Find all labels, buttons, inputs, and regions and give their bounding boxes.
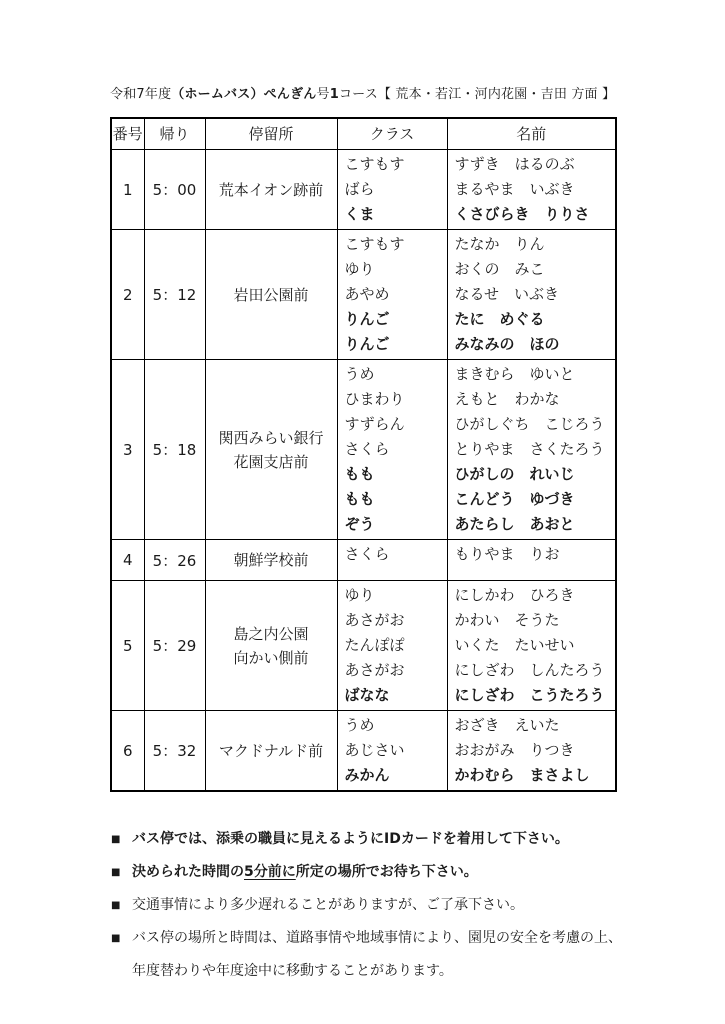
name-cell: すずき はるのぶまるやま いぶきくさびらき りりさ — [447, 150, 616, 230]
header-return-time: 帰り — [144, 118, 205, 150]
table-row: 25：12岩田公園前こすもすゆりあやめりんごりんごたなか りんおくの みこなるせ… — [111, 230, 616, 360]
class-cell: ゆりあさがおたんぽぽあさがおばなな — [337, 581, 447, 711]
bullet-icon: ■ — [111, 823, 132, 856]
student-name: おおがみ りつき — [455, 738, 616, 763]
bus-schedule-table: 番号 帰り 停留所 クラス 名前 15：00荒本イオン跡前こすもすばらくますずき… — [110, 117, 617, 792]
class-entry: こすもす — [345, 152, 447, 177]
class-entry: ばなな — [345, 683, 447, 708]
class-cell: こすもすばらくま — [337, 150, 447, 230]
header-class: クラス — [337, 118, 447, 150]
note-line: ■決められた時間の5分前に所定の場所でお待ち下さい。 — [111, 856, 615, 889]
bus-stop-name: 朝鮮学校前 — [206, 548, 337, 572]
return-time-cell: 5：12 — [144, 230, 205, 360]
note-item: ■決められた時間の5分前に所定の場所でお待ち下さい。 — [111, 856, 615, 889]
title-segment: （ホームバス）ぺんぎん — [171, 87, 316, 102]
table-row: 35：18関西みらい銀行花園支店前うめひまわりすずらんさくらももももぞうまきむら… — [111, 360, 616, 540]
name-cell: にしかわ ひろきかわい そうたいくた たいせいにしざわ しんたろうにしざわ こう… — [447, 581, 616, 711]
row-number-cell: 3 — [111, 360, 144, 540]
bus-stop-cell: 島之内公園向かい側前 — [205, 581, 337, 711]
bullet-icon: ■ — [111, 889, 132, 922]
class-entry: あさがお — [345, 608, 447, 633]
class-cell: さくら — [337, 540, 447, 581]
class-entry: ゆり — [345, 583, 447, 608]
bus-stop-cell: 朝鮮学校前 — [205, 540, 337, 581]
name-cell: おざき えいたおおがみ りつきかわむら まさよし — [447, 711, 616, 792]
note-line: ■バス停の場所と時間は、道路事情や地域事情により、園児の安全を考慮の上、 — [111, 922, 615, 955]
bus-stop-name: 島之内公園 — [206, 622, 337, 646]
note-line: ■交通事情により多少遅れることがありますが、ご了承下さい。 — [111, 889, 615, 922]
student-name: みなみの ほの — [455, 332, 616, 357]
class-entry: くま — [345, 202, 447, 227]
class-entry: ばら — [345, 177, 447, 202]
bullet-icon: ■ — [111, 922, 132, 955]
class-cell: うめひまわりすずらんさくらももももぞう — [337, 360, 447, 540]
table-row: 55：29島之内公園向かい側前ゆりあさがおたんぽぽあさがおばななにしかわ ひろき… — [111, 581, 616, 711]
student-name: もりやま りお — [455, 542, 616, 567]
row-number-cell: 6 — [111, 711, 144, 792]
class-entry: あやめ — [345, 282, 447, 307]
bullet-icon: ■ — [111, 856, 132, 889]
student-name: えもと わかな — [455, 387, 616, 412]
class-entry: りんご — [345, 307, 447, 332]
class-entry: たんぽぽ — [345, 633, 447, 658]
row-number-cell: 2 — [111, 230, 144, 360]
student-name: こんどう ゆづき — [455, 487, 616, 512]
class-entry: りんご — [345, 332, 447, 357]
return-time-cell: 5：18 — [144, 360, 205, 540]
bus-stop-cell: マクドナルド前 — [205, 711, 337, 792]
class-entry: すずらん — [345, 412, 447, 437]
title-segment: コース【 荒本・若江・河内花園・吉田 方面 】 — [339, 87, 615, 102]
header-bus-stop: 停留所 — [205, 118, 337, 150]
note-text: 決められた時間の — [132, 864, 244, 880]
notes-list: ■バス停では、添乗の職員に見えるようにIDカードを着用して下さい。■決められた時… — [110, 823, 615, 988]
class-entry: ぞう — [345, 512, 447, 537]
note-line: 年度替わりや年度途中に移動することがあります。 — [111, 955, 615, 988]
note-text: 年度替わりや年度途中に移動することがあります。 — [132, 963, 453, 979]
title-segment: 号 — [316, 87, 329, 102]
table-row: 15：00荒本イオン跡前こすもすばらくますずき はるのぶまるやま いぶきくさびら… — [111, 150, 616, 230]
class-cell: うめあじさいみかん — [337, 711, 447, 792]
table-body: 15：00荒本イオン跡前こすもすばらくますずき はるのぶまるやま いぶきくさびら… — [111, 150, 616, 792]
student-name: たに めぐる — [455, 307, 616, 332]
header-number: 番号 — [111, 118, 144, 150]
return-time-cell: 5：32 — [144, 711, 205, 792]
table-row: 45：26朝鮮学校前さくらもりやま りお — [111, 540, 616, 581]
class-entry: もも — [345, 487, 447, 512]
student-name: まきむら ゆいと — [455, 362, 616, 387]
bus-stop-cell: 荒本イオン跡前 — [205, 150, 337, 230]
student-name: くさびらき りりさ — [455, 202, 616, 227]
row-number-cell: 4 — [111, 540, 144, 581]
class-entry: みかん — [345, 763, 447, 788]
note-text: バス停の場所と時間は、道路事情や地域事情により、園児の安全を考慮の上、 — [132, 930, 622, 946]
student-name: ひがしの れいじ — [455, 462, 616, 487]
student-name: なるせ いぶき — [455, 282, 616, 307]
bus-stop-name: 岩田公園前 — [206, 283, 337, 307]
student-name: たなか りん — [455, 232, 616, 257]
class-entry: ひまわり — [345, 387, 447, 412]
note-item: ■バス停では、添乗の職員に見えるようにIDカードを着用して下さい。 — [111, 823, 615, 856]
name-cell: まきむら ゆいとえもと わかなひがしぐち こじろうとりやま さくたろうひがしの … — [447, 360, 616, 540]
table-row: 65：32マクドナルド前うめあじさいみかんおざき えいたおおがみ りつきかわむら… — [111, 711, 616, 792]
return-time-cell: 5：29 — [144, 581, 205, 711]
class-entry: さくら — [345, 542, 447, 567]
student-name: すずき はるのぶ — [455, 152, 616, 177]
row-number-cell: 5 — [111, 581, 144, 711]
title-segment: 1 — [330, 87, 339, 102]
return-time-cell: 5：26 — [144, 540, 205, 581]
class-entry: もも — [345, 462, 447, 487]
student-name: にしざわ しんたろう — [455, 658, 616, 683]
return-time-cell: 5：00 — [144, 150, 205, 230]
class-entry: ゆり — [345, 257, 447, 282]
student-name: おくの みこ — [455, 257, 616, 282]
class-cell: こすもすゆりあやめりんごりんご — [337, 230, 447, 360]
bus-stop-name: マクドナルド前 — [206, 739, 337, 763]
document-page: 令和7年度（ホームバス）ぺんぎん号1コース【 荒本・若江・河内花園・吉田 方面 … — [0, 0, 725, 1024]
name-cell: たなか りんおくの みこなるせ いぶきたに めぐるみなみの ほの — [447, 230, 616, 360]
class-entry: あさがお — [345, 658, 447, 683]
table-header-row: 番号 帰り 停留所 クラス 名前 — [111, 118, 616, 150]
student-name: にしかわ ひろき — [455, 583, 616, 608]
bus-stop-name: 荒本イオン跡前 — [206, 178, 337, 202]
student-name: いくた たいせい — [455, 633, 616, 658]
title-segment: 令和7年度 — [110, 87, 171, 102]
bus-stop-name: 向かい側前 — [206, 646, 337, 670]
header-name: 名前 — [447, 118, 616, 150]
note-text: バス停では、添乗の職員に見えるようにIDカードを着用して下さい。 — [132, 831, 569, 847]
class-entry: うめ — [345, 713, 447, 738]
student-name: まるやま いぶき — [455, 177, 616, 202]
bus-stop-name: 花園支店前 — [206, 450, 337, 474]
note-text: 所定の場所でお待ち下さい。 — [296, 864, 478, 880]
note-line: ■バス停では、添乗の職員に見えるようにIDカードを着用して下さい。 — [111, 823, 615, 856]
student-name: かわい そうた — [455, 608, 616, 633]
student-name: ひがしぐち こじろう — [455, 412, 616, 437]
note-item: ■バス停の場所と時間は、道路事情や地域事情により、園児の安全を考慮の上、年度替わ… — [111, 922, 615, 988]
class-entry: あじさい — [345, 738, 447, 763]
student-name: とりやま さくたろう — [455, 437, 616, 462]
student-name: おざき えいた — [455, 713, 616, 738]
bus-stop-cell: 関西みらい銀行花園支店前 — [205, 360, 337, 540]
note-text: 交通事情により多少遅れることがありますが、ご了承下さい。 — [132, 897, 524, 913]
note-item: ■交通事情により多少遅れることがありますが、ご了承下さい。 — [111, 889, 615, 922]
row-number-cell: 1 — [111, 150, 144, 230]
note-text: 5分前に — [244, 864, 296, 880]
student-name: かわむら まさよし — [455, 763, 616, 788]
class-entry: うめ — [345, 362, 447, 387]
student-name: あたらし あおと — [455, 512, 616, 537]
bus-stop-cell: 岩田公園前 — [205, 230, 337, 360]
bus-stop-name: 関西みらい銀行 — [206, 426, 337, 450]
name-cell: もりやま りお — [447, 540, 616, 581]
class-entry: こすもす — [345, 232, 447, 257]
document-title: 令和7年度（ホームバス）ぺんぎん号1コース【 荒本・若江・河内花園・吉田 方面 … — [110, 83, 615, 102]
student-name: にしざわ こうたろう — [455, 683, 616, 708]
document-content: 令和7年度（ホームバス）ぺんぎん号1コース【 荒本・若江・河内花園・吉田 方面 … — [110, 0, 615, 988]
class-entry: さくら — [345, 437, 447, 462]
